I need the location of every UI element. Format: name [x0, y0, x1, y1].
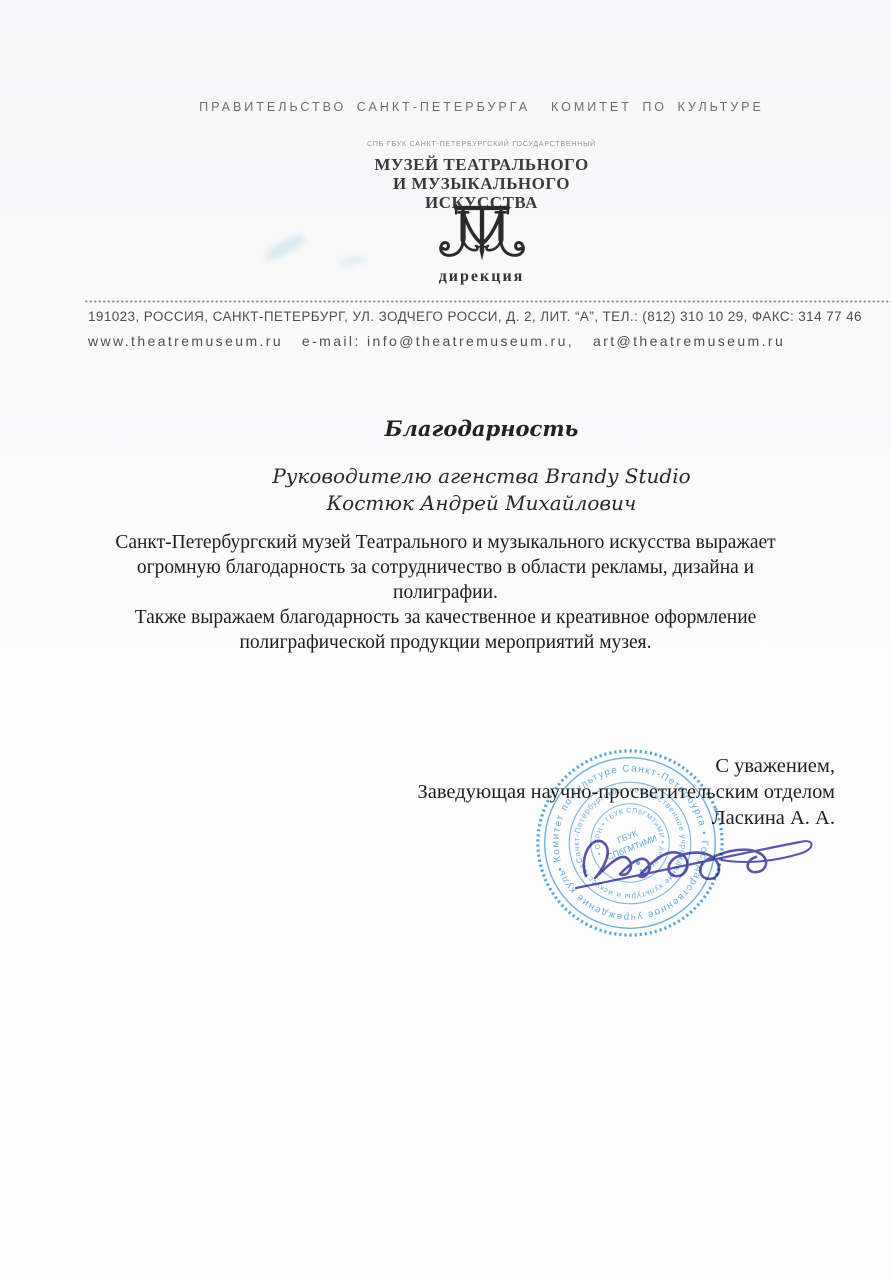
- department-label: дирекция: [36, 268, 891, 286]
- addressee-role: Руководителю агенства Brandy Studio: [36, 463, 891, 490]
- handwritten-signature: [568, 800, 824, 904]
- government-header: ПРАВИТЕЛЬСТВО САНКТ-ПЕТЕРБУРГА КОМИТЕТ П…: [36, 100, 891, 114]
- letter-body: Санкт-Петербургский музей Театрального и…: [0, 530, 891, 655]
- monogram-tip: [479, 249, 484, 260]
- museum-name-line1: МУЗЕЙ ТЕАТРАЛЬНОГО: [36, 155, 891, 174]
- body-paragraph: Санкт-Петербургский музей Театрального и…: [106, 530, 786, 605]
- body-paragraph: Также выражаем благодарность за качестве…: [106, 605, 786, 655]
- addressee-name: Костюк Андрей Михайлович: [36, 490, 891, 517]
- letterhead-small-line: СПБ ГБУК САНКТ-ПЕТЕРБУРГСКИЙ ГОСУДАРСТВЕ…: [36, 141, 891, 148]
- document-title: Благодарность: [36, 416, 891, 441]
- museum-name-line2: И МУЗЫКАЛЬНОГО: [36, 174, 891, 193]
- contacts-line: www.theatremuseum.ru e-mail: info@theatr…: [88, 333, 785, 349]
- museum-monogram-icon: [422, 202, 542, 264]
- scanned-letter-page: ПРАВИТЕЛЬСТВО САНКТ-ПЕТЕРБУРГА КОМИТЕТ П…: [0, 0, 891, 1280]
- scan-smudge: [337, 254, 366, 269]
- scan-smudge: [262, 231, 309, 264]
- address-line: 191023, РОССИЯ, САНКТ-ПЕТЕРБУРГ, УЛ. ЗОД…: [88, 309, 862, 324]
- dotted-separator: [84, 300, 891, 303]
